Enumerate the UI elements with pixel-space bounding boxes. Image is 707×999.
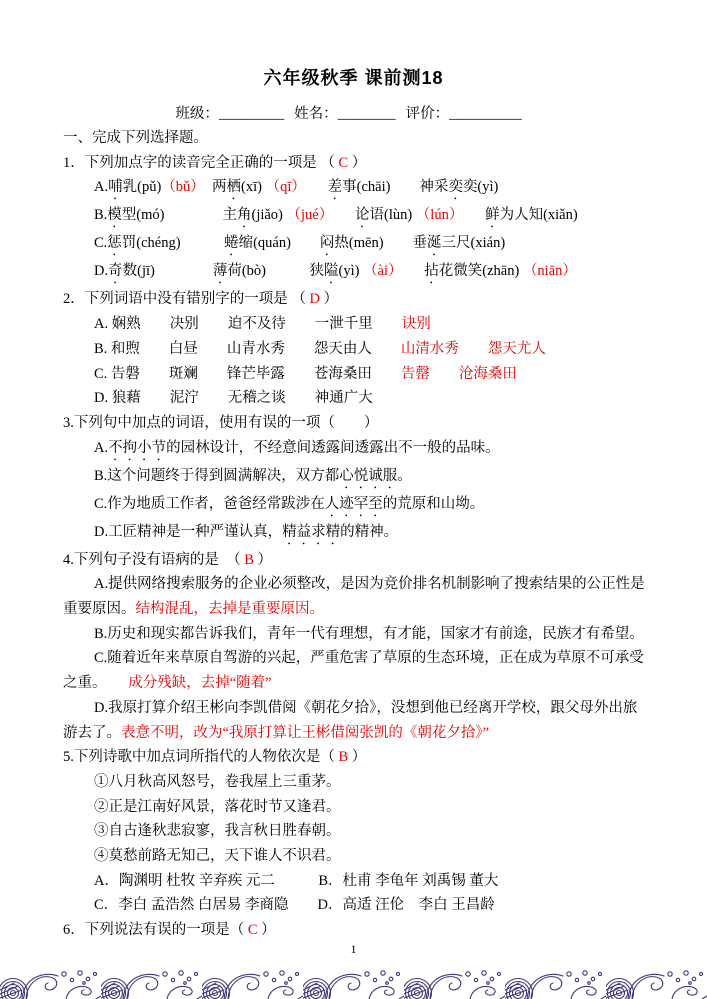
question-text: 的精神。 xyxy=(340,524,398,540)
question-text: ） xyxy=(348,749,366,765)
question-text: 热(mēn) 垂 xyxy=(334,235,427,251)
answer-correction-text: （niān） xyxy=(523,263,577,279)
question-text: 花微笑(zhān) xyxy=(439,263,523,279)
text-line: A. 娴熟 决别 迫不及待 一泄千里 诀别 xyxy=(63,312,669,337)
question-text: 乳(pǔ) xyxy=(123,179,162,195)
question-text xyxy=(299,179,328,195)
text-line: 2．下列词语中没有错别字的一项是 （ D ） xyxy=(63,287,669,312)
text-line: B. 和煦 白昼 山青水秀 怨天由人 山清水秀 怨天尤人 xyxy=(63,337,669,362)
answer-correction-text: （lún） xyxy=(416,207,456,223)
rating-blank: __________ xyxy=(449,106,522,122)
question-text: 薄 xyxy=(213,263,228,279)
question-text: 人迹罕至 xyxy=(325,496,383,512)
question-text: 鲜 xyxy=(485,207,500,223)
answer-correction-text: C xyxy=(248,922,258,938)
text-line: 6．下列说法有误的一项是（ C ） xyxy=(63,918,669,943)
question-text: 型(mó) 主 xyxy=(122,207,237,223)
question-text: (yì) xyxy=(339,263,364,279)
question-text: 三尺(xián) xyxy=(442,235,506,251)
text-line: A.不拘小节的园林设计，不经意间透露间透露出不一般的品味。 xyxy=(63,436,669,464)
question-text: ） xyxy=(254,552,272,568)
question-text: 两 xyxy=(198,179,227,195)
text-line: 5.下列诗歌中加点词所指代的人物依次是（ B ） xyxy=(63,745,669,770)
question-text: C．李白 孟浩然 白居易 李商隐 D．高适 汪伦 李白 王昌龄 xyxy=(94,897,495,913)
question-text: D. xyxy=(94,263,108,279)
question-text: 5.下列诗歌中加点词所指代的人物依次是（ xyxy=(63,749,339,765)
question-text: D. 狼藉 泥泞 无稽之谈 神通广大 xyxy=(94,390,373,406)
class-label: 班级： xyxy=(175,106,219,122)
question-text: 奕(yì) xyxy=(463,179,498,195)
question-text: 的园林设计，不经意间透露间透露出不一般的品味。 xyxy=(166,440,500,456)
rating-field: 评价：__________ xyxy=(406,106,522,122)
question-text: 拈 xyxy=(424,263,439,279)
text-line: 1．下列加点字的读音完全正确的一项是 （ C ） xyxy=(63,151,669,176)
text-line: B.模型(mó) 主角(jiǎo) （jué） 论语(lùn) （lún） 鲜为… xyxy=(63,203,669,231)
question-text: D.工匠精神是一种严谨认真， xyxy=(94,524,282,540)
question-text: 涎 xyxy=(427,235,442,251)
question-text: A．陶渊明 杜牧 辛弃疾 元二 B．杜甫 李龟年 刘禹锡 董大 xyxy=(94,873,498,889)
text-line: ④莫愁前路无知己，天下谁人不识君。 xyxy=(63,844,669,869)
answer-correction-text: （bǔ） xyxy=(161,179,197,195)
answer-correction-text: （jué） xyxy=(287,207,326,223)
question-text: 的荒原和山坳。 xyxy=(383,496,485,512)
question-text: A. xyxy=(94,179,108,195)
question-text: 游去了。 xyxy=(63,725,121,741)
question-text: ①八月秋高风怒号，卷我屋上三重茅。 xyxy=(94,774,341,790)
question-text: 数(jī) xyxy=(123,263,213,279)
question-text: 罚(chéng) xyxy=(122,235,224,251)
class-blank: _________ xyxy=(219,106,284,122)
answer-correction-text: 表意不明，改为“我原打算让王彬借阅张凯的《朝花夕拾》” xyxy=(121,725,489,741)
text-line: A.提供网络搜索服务的企业必须整改，是因为竞价排名机制影响了搜索结果的公正性是 xyxy=(63,572,669,597)
text-line: 游去了。表意不明，改为“我原打算让王彬借阅张凯的《朝花夕拾》” xyxy=(63,721,669,746)
question-text: 隘 xyxy=(324,263,339,279)
name-label: 姓名： xyxy=(294,106,338,122)
question-text: B.这个问题终于得到圆满解决，双方都 xyxy=(94,468,339,484)
question-text: C. 告磐 斑斓 锋芒毕露 苍海桑田 xyxy=(94,366,401,382)
text-line: D. 狼藉 泥泞 无稽之谈 神通广大 xyxy=(63,386,669,411)
question-text: D.我原打算介绍王彬向李凯借阅《朝花夕拾》，没想到他已经离开学校，跟父母外出旅 xyxy=(94,700,637,716)
question-text: 惩 xyxy=(107,235,122,251)
text-line: D.奇数(jī) 薄荷(bò) 狭隘(yì) （ài） 拈花微笑(zhān) （… xyxy=(63,259,669,287)
question-text: 角 xyxy=(237,207,252,223)
question-text: (jiǎo) xyxy=(251,207,286,223)
question-text: ③自古逢秋悲寂寥，我言秋日胜春朝。 xyxy=(94,823,341,839)
text-line: 重要原因。结构混乱，去掉是重要原因。 xyxy=(63,597,669,622)
question-text xyxy=(395,263,424,279)
answer-correction-text: 诀别 xyxy=(402,316,431,332)
name-field: 姓名：________ xyxy=(294,106,396,122)
question-text: A. 娴熟 决别 迫不及待 一泄千里 xyxy=(94,316,402,332)
question-text: ④莫愁前路无知己，天下谁人不识君。 xyxy=(94,848,341,864)
answer-correction-text: 成分残缺，去掉“随着” xyxy=(128,675,271,691)
text-line: C.惩罚(chéng) 蜷缩(quán) 闷热(mēn) 垂涎三尺(xián) xyxy=(63,231,669,259)
question-text: 4.下列句子没有语病的是 （ xyxy=(63,552,244,568)
question-text: 荷(bò) 狭 xyxy=(227,263,324,279)
page-number: 1 xyxy=(0,942,707,957)
text-line: C.随着近年来草原自驾游的兴起，严重危害了草原的生态环境，正在成为草原不可承受 xyxy=(63,646,669,671)
answer-correction-text: 结构混乱，去掉是重要原因。 xyxy=(136,601,325,617)
page-title: 六年级秋季 课前测18 xyxy=(0,64,707,90)
question-text: B. xyxy=(94,207,107,223)
question-text: 差 xyxy=(328,179,343,195)
rating-label: 评价： xyxy=(406,106,450,122)
question-text: 事(chāi) 神采 xyxy=(342,179,448,195)
answer-correction-text: C xyxy=(339,155,349,171)
answer-correction-text: 告罄 沧海桑田 xyxy=(401,366,517,382)
text-line: B.历史和现实都告诉我们，青年一代有理想，有才能，国家才有前途，民族才有希望。 xyxy=(63,622,669,647)
answer-correction-text: D xyxy=(310,291,320,307)
question-text: 6．下列说法有误的一项是（ xyxy=(63,922,248,938)
answer-correction-text: B xyxy=(339,749,349,765)
answer-correction-text: （qī） xyxy=(266,179,299,195)
text-line: D.我原打算介绍王彬向李凯借阅《朝花夕拾》，没想到他已经离开学校，跟父母外出旅 xyxy=(63,696,669,721)
question-text: 哺 xyxy=(108,179,123,195)
text-line: ①八月秋高风怒号，卷我屋上三重茅。 xyxy=(63,770,669,795)
text-line: A.哺乳(pǔ)（bǔ） 两栖(xī) （qī） 差事(chāi) 神采奕奕(y… xyxy=(63,175,669,203)
question-text: 一、完成下列选择题。 xyxy=(63,130,208,146)
question-content: 一、完成下列选择题。1．下列加点字的读音完全正确的一项是 （ C ）A.哺乳(p… xyxy=(63,126,669,943)
answer-correction-text: （ài） xyxy=(363,263,395,279)
question-text: 奇 xyxy=(108,263,123,279)
question-text: ②正是江南好风景，落花时节又逢君。 xyxy=(94,799,341,815)
question-text: ） xyxy=(320,291,338,307)
question-text: 奕 xyxy=(448,179,463,195)
question-text: 闷 xyxy=(320,235,335,251)
question-text: 。 xyxy=(397,468,412,484)
text-line: 3.下列句中加点的词语，使用有误的一项（ ） xyxy=(63,411,669,436)
question-text xyxy=(326,207,355,223)
wave-border-decoration xyxy=(0,969,707,999)
text-line: 一、完成下列选择题。 xyxy=(63,126,669,151)
name-blank: ________ xyxy=(338,106,396,122)
question-text: ） xyxy=(348,155,366,171)
test-paper-page: 六年级秋季 课前测18 班级：_________姓名：________评价：__… xyxy=(0,0,707,999)
text-line: A．陶渊明 杜牧 辛弃疾 元二 B．杜甫 李龟年 刘禹锡 董大 xyxy=(63,869,669,894)
question-text: 1．下列加点字的读音完全正确的一项是 （ xyxy=(63,155,339,171)
question-text: 为人知(xiǎn) xyxy=(500,207,578,223)
question-text: B. 和煦 白昼 山青水秀 怨天由人 xyxy=(94,341,401,357)
question-text: 心悦诚服 xyxy=(339,468,397,484)
text-line: ③自古逢秋悲寂寥，我言秋日胜春朝。 xyxy=(63,819,669,844)
text-line: C．李白 孟浩然 白居易 李商隐 D．高适 汪伦 李白 王昌龄 xyxy=(63,893,669,918)
question-text: 精益求精 xyxy=(282,524,340,540)
wave-pattern-icon xyxy=(0,969,707,999)
question-text: 重要原因。 xyxy=(63,601,136,617)
question-text: C. xyxy=(94,235,107,251)
class-field: 班级：_________ xyxy=(175,106,284,122)
question-text: 论 xyxy=(355,207,370,223)
text-line: C. 告磐 斑斓 锋芒毕露 苍海桑田 告罄 沧海桑田 xyxy=(63,362,669,387)
question-text: B.历史和现实都告诉我们，青年一代有理想，有才能，国家才有前途，民族才有希望。 xyxy=(94,626,644,642)
question-text: 2．下列词语中没有错别字的一项是 （ xyxy=(63,291,310,307)
question-text: 3.下列句中加点的词语，使用有误的一项（ ） xyxy=(63,415,378,431)
question-text: 模 xyxy=(107,207,122,223)
question-text: 缩(quán) xyxy=(239,235,320,251)
question-text: (xī) xyxy=(241,179,266,195)
question-text: 语(lùn) xyxy=(369,207,415,223)
question-text: C.随着近年来草原自驾游的兴起，严重危害了草原的生态环境，正在成为草原不可承受 xyxy=(94,650,644,666)
question-text: A. xyxy=(94,440,108,456)
question-text xyxy=(456,207,485,223)
question-text: 之重。 xyxy=(63,675,128,691)
question-text: 栖 xyxy=(227,179,242,195)
text-line: C.作为地质工作者，爸爸经常跋涉在人迹罕至的荒原和山坳。 xyxy=(63,492,669,520)
question-text: A.提供网络搜索服务的企业必须整改，是因为竞价排名机制影响了搜索结果的公正性是 xyxy=(94,576,645,592)
question-text: C.作为地质工作者，爸爸经常跋涉在 xyxy=(94,496,325,512)
answer-correction-text: 山清水秀 怨天尤人 xyxy=(401,341,546,357)
question-text: ） xyxy=(258,922,276,938)
text-line: 4.下列句子没有语病的是 （ B ） xyxy=(63,548,669,573)
question-text: 蜷 xyxy=(224,235,239,251)
text-line: ②正是江南好风景，落花时节又逢君。 xyxy=(63,795,669,820)
answer-correction-text: B xyxy=(244,552,254,568)
text-line: 之重。 成分残缺，去掉“随着” xyxy=(63,671,669,696)
text-line: D.工匠精神是一种严谨认真，精益求精的精神。 xyxy=(63,520,669,548)
text-line: B.这个问题终于得到圆满解决，双方都心悦诚服。 xyxy=(63,464,669,492)
question-text: 不拘小节 xyxy=(108,440,166,456)
